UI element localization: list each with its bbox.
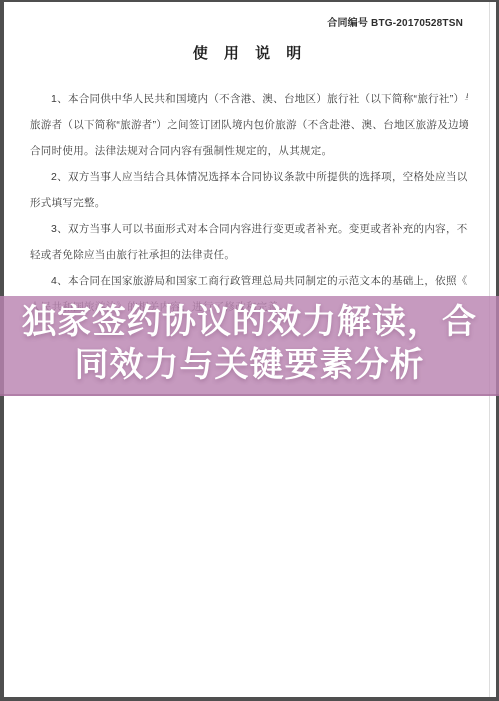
banner-text-line-1: 独家签约协议的效力解读，合 [0, 301, 499, 344]
body-line-8: 4、本合同在国家旅游局和国家工商行政管理总局共同制定的示范文本的基础上，依照《中… [30, 268, 468, 294]
title-overlay-banner: 独家签约协议的效力解读，合 同效力与关键要素分析 [0, 296, 499, 396]
document-body: 1、本合同供中华人民共和国境内（不含港、澳、台地区）旅行社（以下简称“旅行社”）… [30, 86, 468, 320]
banner-text-line-2: 同效力与关键要素分析 [0, 344, 499, 387]
body-line-7: 轻或者免除应当由旅行社承担的法律责任。 [30, 242, 468, 268]
body-line-4: 2、双方当事人应当结合具体情况选择本合同协议条款中所提供的选择项，空格处应当以文… [30, 164, 468, 190]
body-line-5: 形式填写完整。 [30, 190, 468, 216]
body-line-6: 3、双方当事人可以书面形式对本合同内容进行变更或者补充。变更或者补充的内容，不得… [30, 216, 468, 242]
contract-number: 合同编号 BTG-20170528TSN [327, 14, 463, 29]
body-line-3: 合同时使用。法律法规对合同内容有强制性规定的，从其规定。 [30, 138, 468, 164]
body-line-1: 1、本合同供中华人民共和国境内（不含港、澳、台地区）旅行社（以下简称“旅行社”）… [30, 86, 468, 112]
screenshot-background: 合同编号 BTG-20170528TSN 使 用 说 明 1、本合同供中华人民共… [0, 0, 499, 701]
document-title: 使 用 说 明 [4, 42, 496, 63]
body-line-2: 旅游者（以下简称“旅游者”）之间签订团队境内包价旅游（不含赴港、澳、台地区旅游及… [30, 112, 468, 138]
